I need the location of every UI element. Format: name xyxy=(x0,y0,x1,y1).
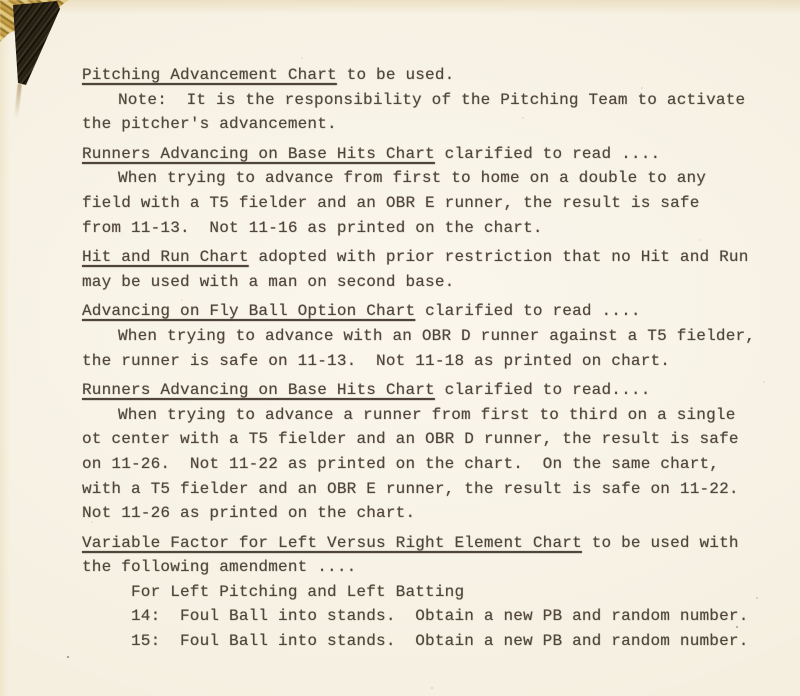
document-line: When trying to advance a runner from fir… xyxy=(82,403,772,428)
section-heading: Runners Advancing on Base Hits Chart cla… xyxy=(82,378,772,403)
section-heading-rest: clarified to read .... xyxy=(435,145,660,163)
document-line: 15: Foul Ball into stands. Obtain a new … xyxy=(82,629,772,654)
document-line: Note: It is the responsibility of the Pi… xyxy=(82,88,772,113)
document-section: Runners Advancing on Base Hits Chart cla… xyxy=(82,142,772,240)
section-heading: Hit and Run Chart adopted with prior res… xyxy=(82,245,772,270)
document-line: 14: Foul Ball into stands. Obtain a new … xyxy=(82,604,772,629)
document-line: with a T5 fielder and an OBR E runner, t… xyxy=(82,477,772,502)
document-body: Pitching Advancement Chart to be used.No… xyxy=(82,63,772,659)
section-heading-rest: to be used. xyxy=(337,66,455,84)
document-section: Advancing on Fly Ball Option Chart clari… xyxy=(82,299,772,373)
torn-corner-tan-edge xyxy=(0,0,78,46)
section-heading-rest: to be used with xyxy=(582,534,739,552)
document-line: the pitcher's advancement. xyxy=(82,112,772,137)
section-heading-title: Advancing on Fly Ball Option Chart xyxy=(82,302,415,320)
document-line: Not 11-26 as printed on the chart. xyxy=(82,501,772,526)
section-heading-title: Variable Factor for Left Versus Right El… xyxy=(82,534,582,552)
section-heading: Variable Factor for Left Versus Right El… xyxy=(82,531,772,556)
section-heading: Pitching Advancement Chart to be used. xyxy=(82,63,772,88)
document-line: When trying to advance from first to hom… xyxy=(82,166,772,191)
section-heading-title: Pitching Advancement Chart xyxy=(82,66,337,84)
torn-corner-streak xyxy=(14,84,22,118)
document-line: the runner is safe on 11-13. Not 11-18 a… xyxy=(82,349,772,374)
section-heading-title: Runners Advancing on Base Hits Chart xyxy=(82,381,435,399)
document-line: ot center with a T5 fielder and an OBR D… xyxy=(82,427,772,452)
document-line: For Left Pitching and Left Batting xyxy=(82,580,772,605)
document-line: field with a T5 fielder and an OBR E run… xyxy=(82,191,772,216)
section-heading-title: Hit and Run Chart xyxy=(82,248,249,266)
document-line: the following amendment .... xyxy=(82,555,772,580)
document-section: Variable Factor for Left Versus Right El… xyxy=(82,531,772,654)
document-section: Runners Advancing on Base Hits Chart cla… xyxy=(82,378,772,526)
section-heading-rest: clarified to read .... xyxy=(415,302,640,320)
section-heading-rest: clarified to read.... xyxy=(435,381,651,399)
document-section: Pitching Advancement Chart to be used.No… xyxy=(82,63,772,137)
document-line: may be used with a man on second base. xyxy=(82,270,772,295)
section-heading-rest: adopted with prior restriction that no H… xyxy=(249,248,749,266)
document-line: When trying to advance with an OBR D run… xyxy=(82,324,772,349)
section-heading-title: Runners Advancing on Base Hits Chart xyxy=(82,145,435,163)
document-line: on 11-26. Not 11-22 as printed on the ch… xyxy=(82,452,772,477)
document-section: Hit and Run Chart adopted with prior res… xyxy=(82,245,772,294)
torn-corner-shadow xyxy=(0,0,70,92)
section-heading: Runners Advancing on Base Hits Chart cla… xyxy=(82,142,772,167)
document-line: from 11-13. Not 11-16 as printed on the … xyxy=(82,216,772,241)
scanned-document-page: Pitching Advancement Chart to be used.No… xyxy=(0,0,800,696)
section-heading: Advancing on Fly Ball Option Chart clari… xyxy=(82,299,772,324)
